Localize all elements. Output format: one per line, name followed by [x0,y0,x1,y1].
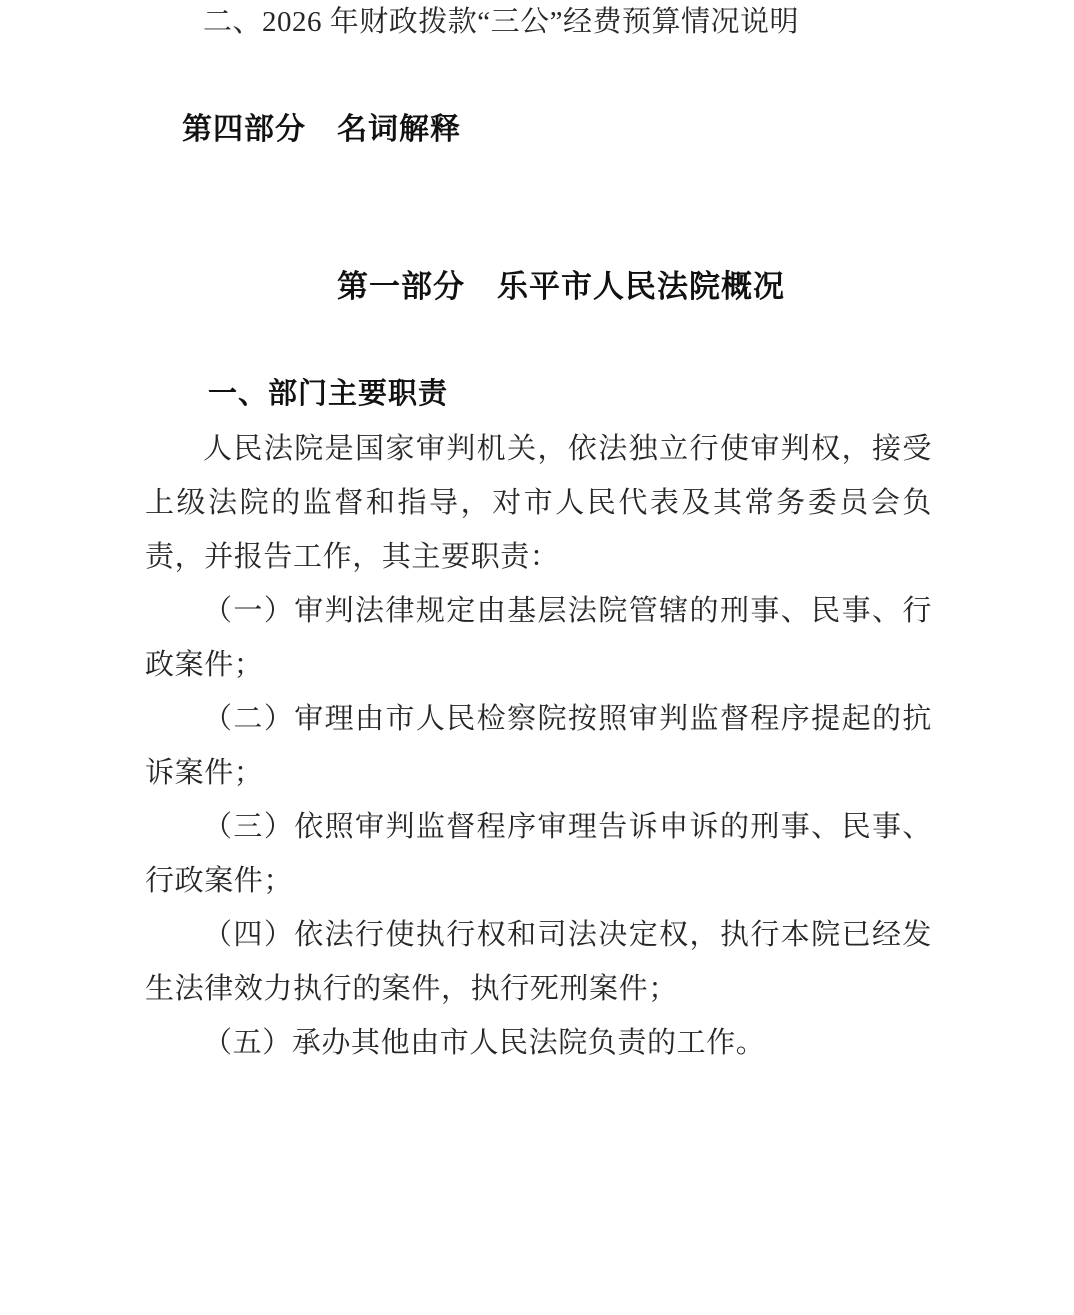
toc-part-4-heading: 第四部分 名词解释 [182,113,932,147]
paragraph-duty-3: （三）依照审判监督程序审理告诉申诉的刑事、民事、行政案件； [145,800,932,908]
paragraph-duties-intro: 人民法院是国家审判机关，依法独立行使审判权，接受上级法院的监督和指导，对市人民代… [145,422,932,584]
paragraph-duty-1: （一）审判法律规定由基层法院管辖的刑事、民事、行政案件； [145,584,932,692]
paragraph-duty-4: （四）依法行使执行权和司法决定权，执行本院已经发生法律效力执行的案件，执行死刑案… [145,908,932,1016]
paragraph-duty-5: （五）承办其他由市人民法院负责的工作。 [145,1016,932,1070]
document-page: 二、2026 年财政拨款“三公”经费预算情况说明 第四部分 名词解释 第一部分 … [0,0,1074,1315]
page-content: 二、2026 年财政拨款“三公”经费预算情况说明 第四部分 名词解释 第一部分 … [0,0,1074,1070]
toc-item-sangong-budget-note: 二、2026 年财政拨款“三公”经费预算情况说明 [145,0,932,44]
part-1-title: 第一部分 乐平市人民法院概况 [145,269,932,305]
paragraph-duty-2: （二）审理由市人民检察院按照审判监督程序提起的抗诉案件； [145,692,932,800]
section-1-heading: 一、部门主要职责 [145,377,932,411]
